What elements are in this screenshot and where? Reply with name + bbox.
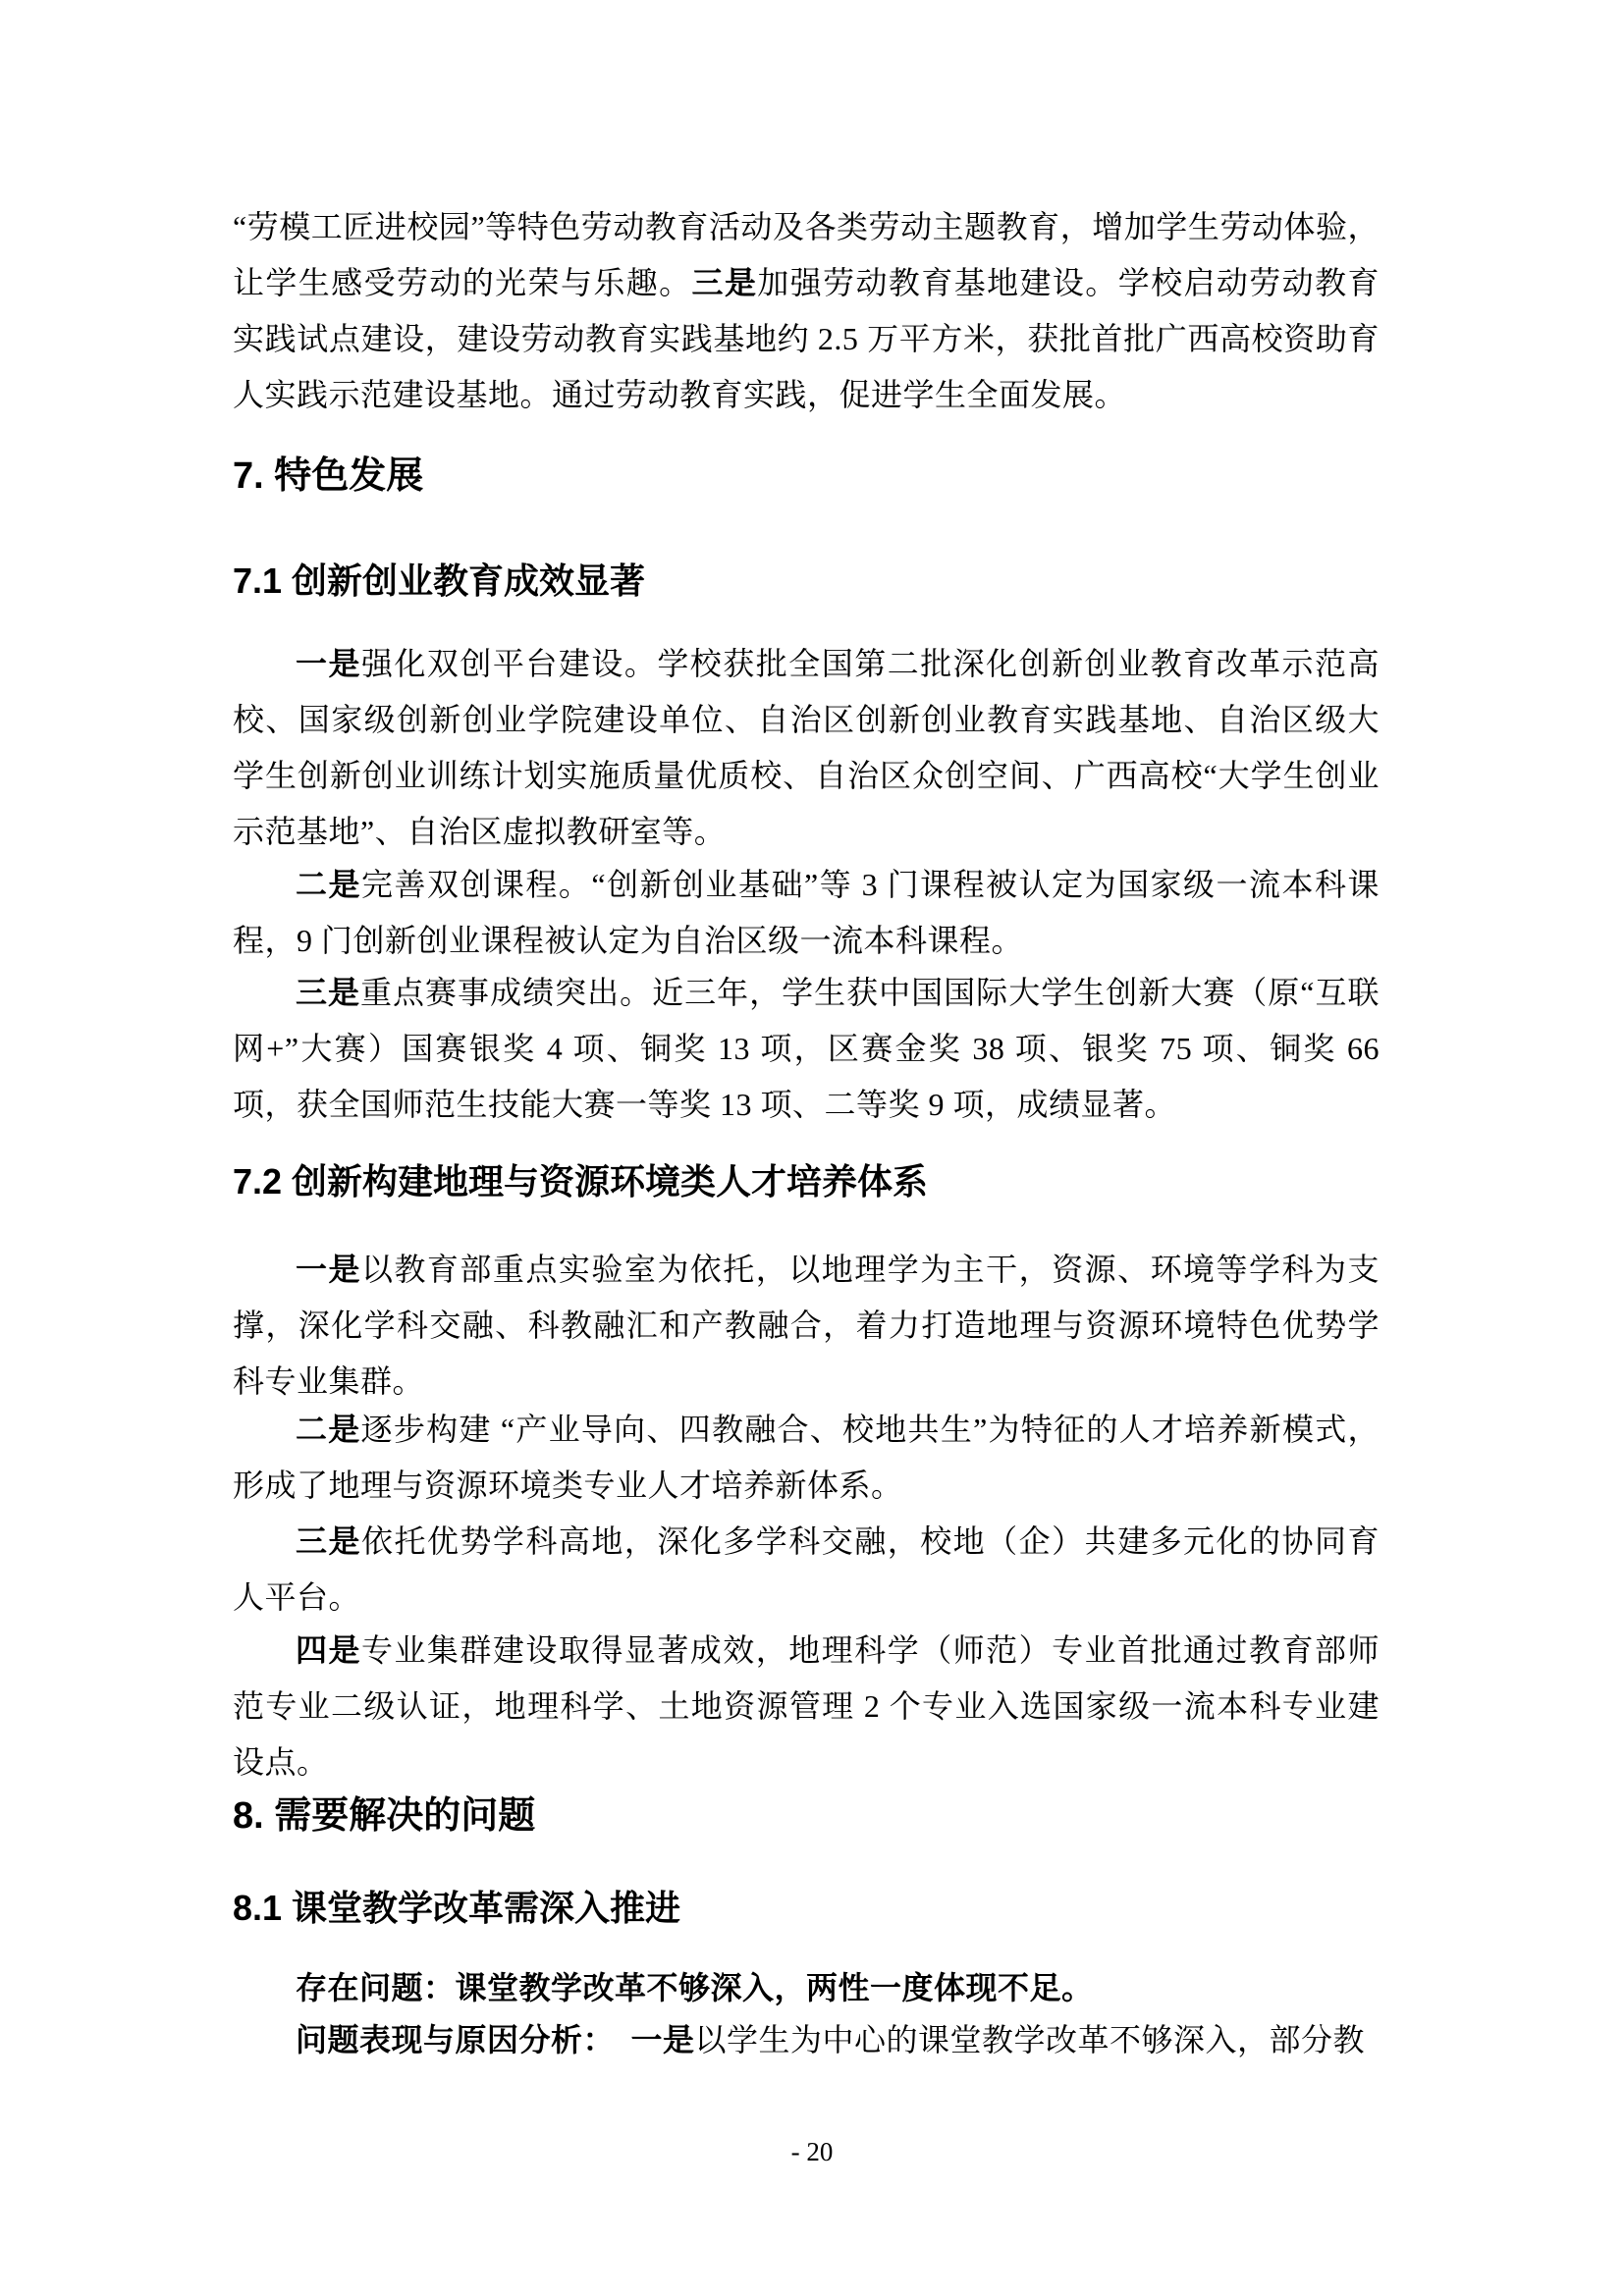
bold-lead: 四是 [296,1632,361,1668]
paragraph-7-1-second: 二是完善双创课程。“创新创业基础”等 3 门课程被认定为国家级一流本科课程，9 … [233,857,1380,969]
bold-lead: 三是 [296,1523,361,1559]
heading-section-7: 7. 特色发展 [233,449,1380,505]
paragraph-text: 以教育部重点实验室为依托，以地理学为主干，资源、环境等学科为支撑，深化学科交融、… [233,1252,1380,1399]
paragraph-7-2-third: 三是依托优势学科高地，深化多学科交融，校地（企）共建多元化的协同育人平台。 [233,1514,1380,1626]
heading-section-8: 8. 需要解决的问题 [233,1789,1380,1844]
paragraph-7-1-third: 三是重点赛事成绩突出。近三年，学生获中国国际大学生创新大赛（原“互联网+”大赛）… [233,965,1380,1133]
paragraph-text: 专业集群建设取得显著成效，地理科学（师范）专业首批通过教育部师范专业二级认证，地… [233,1632,1380,1780]
paragraph-7-1-first: 一是强化双创平台建设。学校获批全国第二批深化创新创业教育改革示范高校、国家级创新… [233,636,1380,860]
page-number: - 20 [0,2136,1624,2167]
bold-lead: 二是 [296,1412,361,1447]
heading-section-8-1: 8.1 课堂教学改革需深入推进 [233,1880,1380,1936]
bold-lead: 一是 [296,646,361,681]
paragraph-text: 完善双创课程。“创新创业基础”等 3 门课程被认定为国家级一流本科课程，9 门创… [233,867,1380,958]
paragraph-8-1-analysis: 问题表现与原因分析： 一是以学生为中心的课堂教学改革不够深入，部分教 [233,2012,1380,2068]
paragraph-text: 重点赛事成绩突出。近三年，学生获中国国际大学生创新大赛（原“互联网+”大赛）国赛… [233,975,1380,1122]
paragraph-7-2-first: 一是以教育部重点实验室为依托，以地理学为主干，资源、环境等学科为支撑，深化学科交… [233,1242,1380,1410]
bold-analysis-label: 问题表现与原因分析： [296,2022,631,2057]
document-page: “劳模工匠进校园”等特色劳动教育活动及各类劳动主题教育，增加学生劳动体验，让学生… [0,0,1624,2296]
paragraph-text: 以学生为中心的课堂教学改革不够深入，部分教 [695,2022,1366,2057]
paragraph-labor-education: “劳模工匠进校园”等特色劳动教育活动及各类劳动主题教育，增加学生劳动体验，让学生… [233,199,1380,423]
paragraph-text: 强化双创平台建设。学校获批全国第二批深化创新创业教育改革示范高校、国家级创新创业… [233,646,1380,849]
bold-lead: 一是 [631,2022,695,2057]
paragraph-text: 逐步构建 “产业导向、四教融合、校地共生”为特征的人才培养新模式，形成了地理与资… [233,1412,1380,1503]
bold-lead: 三是 [296,975,360,1010]
heading-section-7-2: 7.2 创新构建地理与资源环境类人才培养体系 [233,1153,1380,1209]
paragraph-text: 依托优势学科高地，深化多学科交融，校地（企）共建多元化的协同育人平台。 [233,1523,1380,1615]
paragraph-8-1-problem: 存在问题：课堂教学改革不够深入，两性一度体现不足。 [233,1960,1380,2016]
paragraph-7-2-fourth: 四是专业集群建设取得显著成效，地理科学（师范）专业首批通过教育部师范专业二级认证… [233,1623,1380,1790]
bold-lead: 三是 [692,265,758,300]
heading-section-7-1: 7.1 创新创业教育成效显著 [233,553,1380,609]
bold-problem-statement: 存在问题：课堂教学改革不够深入，两性一度体现不足。 [296,1970,1094,2005]
bold-lead: 二是 [296,867,361,902]
bold-lead: 一是 [296,1252,361,1287]
document-body: “劳模工匠进校园”等特色劳动教育活动及各类劳动主题教育，增加学生劳动体验，让学生… [233,0,1380,2068]
paragraph-7-2-second: 二是逐步构建 “产业导向、四教融合、校地共生”为特征的人才培养新模式，形成了地理… [233,1402,1380,1514]
